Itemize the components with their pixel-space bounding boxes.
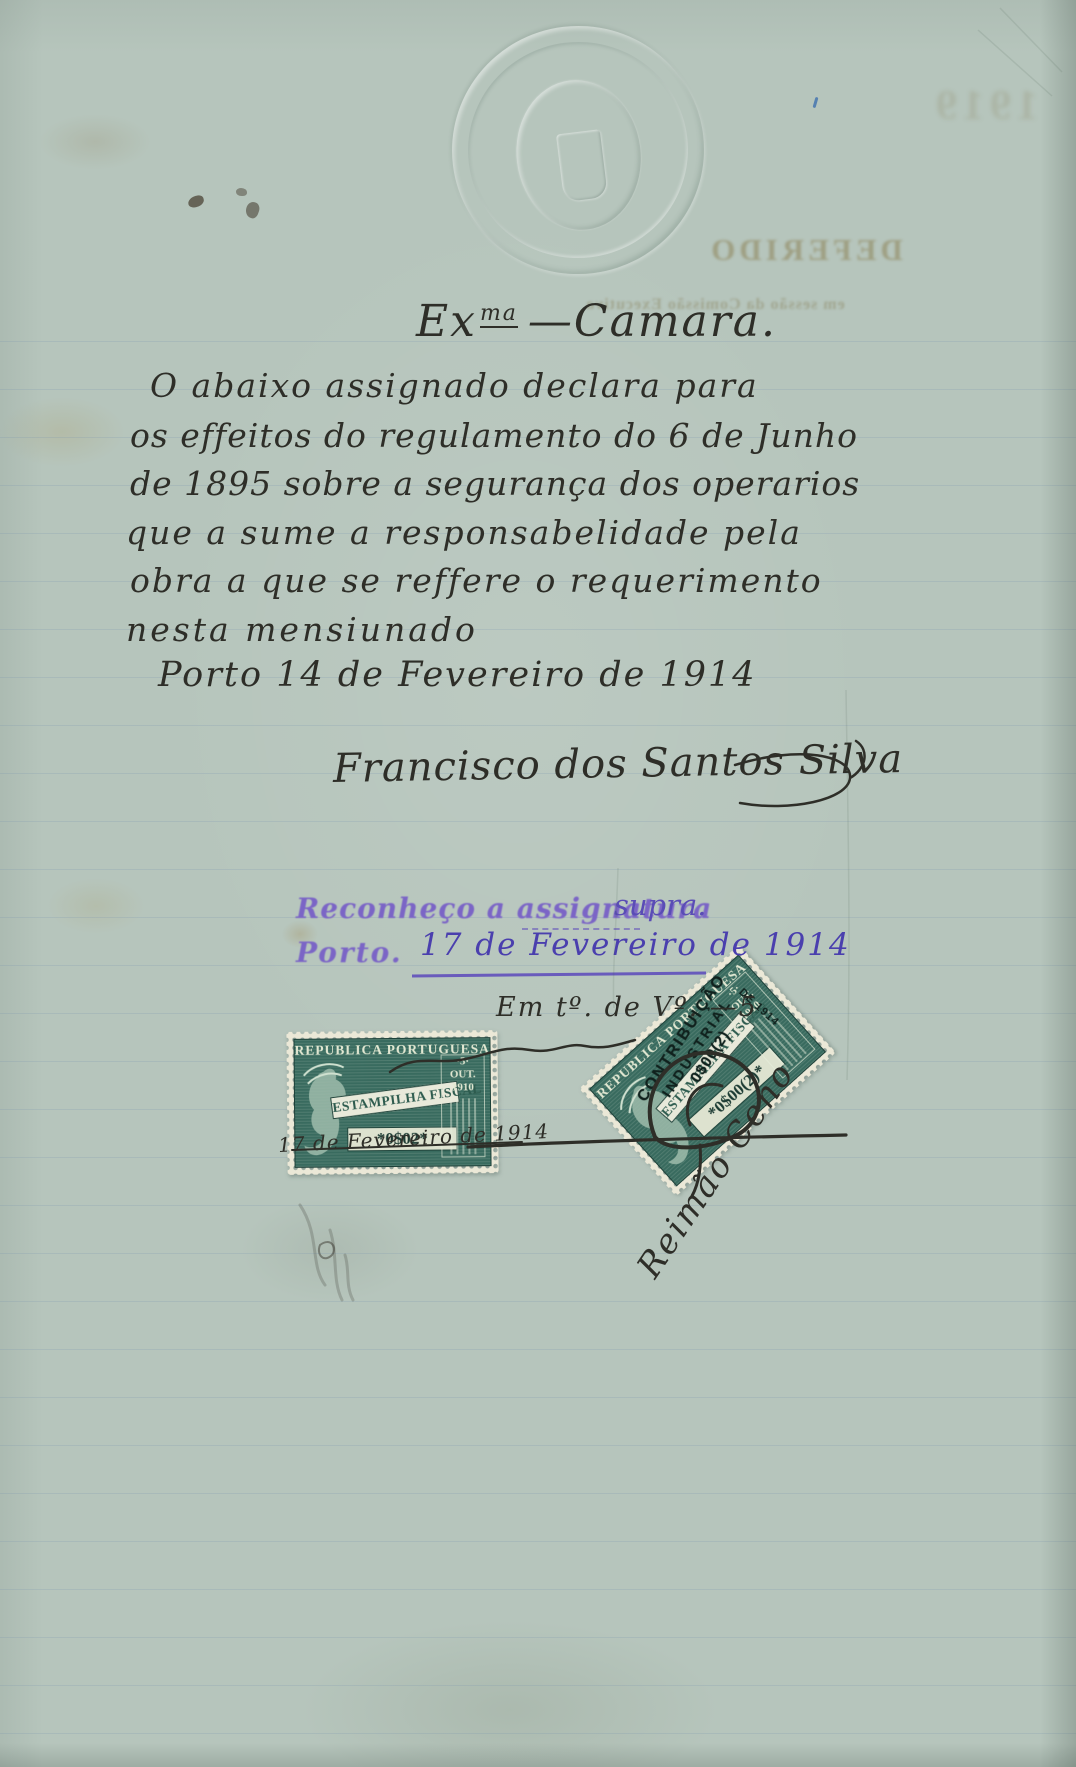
bleedthrough-corner-number: 1919 xyxy=(930,82,1038,130)
stamp-date-month: OUT. xyxy=(450,1068,476,1081)
document-page: DEFERIDO em sessão da Comissão Executiva… xyxy=(0,0,1076,1767)
salutation-superscript: ma xyxy=(480,301,518,328)
salutation-prefix: Ex xyxy=(416,296,477,347)
ruled-lines xyxy=(0,341,1076,1761)
body-line: que a sume a responsabelidade pela xyxy=(126,513,802,552)
stamp-date-day: ·5· xyxy=(456,1055,469,1068)
dateline: Porto 14 de Fevereiro de 1914 xyxy=(158,655,757,695)
notary-date-handwritten: 17 de Fevereiro de 1914 xyxy=(420,927,851,963)
salutation: Exma—Camara. xyxy=(416,296,777,347)
stamp-date-year: 1910 xyxy=(452,1081,474,1094)
bleedthrough-deferido: DEFERIDO xyxy=(698,232,912,268)
body-line: nesta mensiunado xyxy=(126,610,478,649)
salutation-name: —Camara. xyxy=(528,296,777,347)
notary-acknowledgment-handwritten: supra. xyxy=(614,888,707,922)
ink-blot xyxy=(236,188,247,196)
embossed-seal xyxy=(438,12,718,289)
blue-pen-mark xyxy=(813,97,819,108)
notary-place-stamp: Porto. xyxy=(296,936,403,969)
page-edge-shadow-bottom xyxy=(0,1743,1076,1767)
ink-blot xyxy=(244,200,262,219)
notary-attestation: Em tº. de Vº. —5 xyxy=(496,992,758,1023)
page-edge-shadow-right xyxy=(1040,0,1076,1767)
body-line: os effeitos do regulamento do 6 de Junho xyxy=(130,416,858,455)
ink-blot xyxy=(187,194,205,209)
body-line: de 1895 sobre a segurança dos operarios xyxy=(130,464,860,503)
body-line: obra a que se reffere o requerimento xyxy=(130,561,823,600)
body-line: O abaixo assignado declara para xyxy=(150,366,759,405)
embossed-seal-shield xyxy=(556,129,608,202)
